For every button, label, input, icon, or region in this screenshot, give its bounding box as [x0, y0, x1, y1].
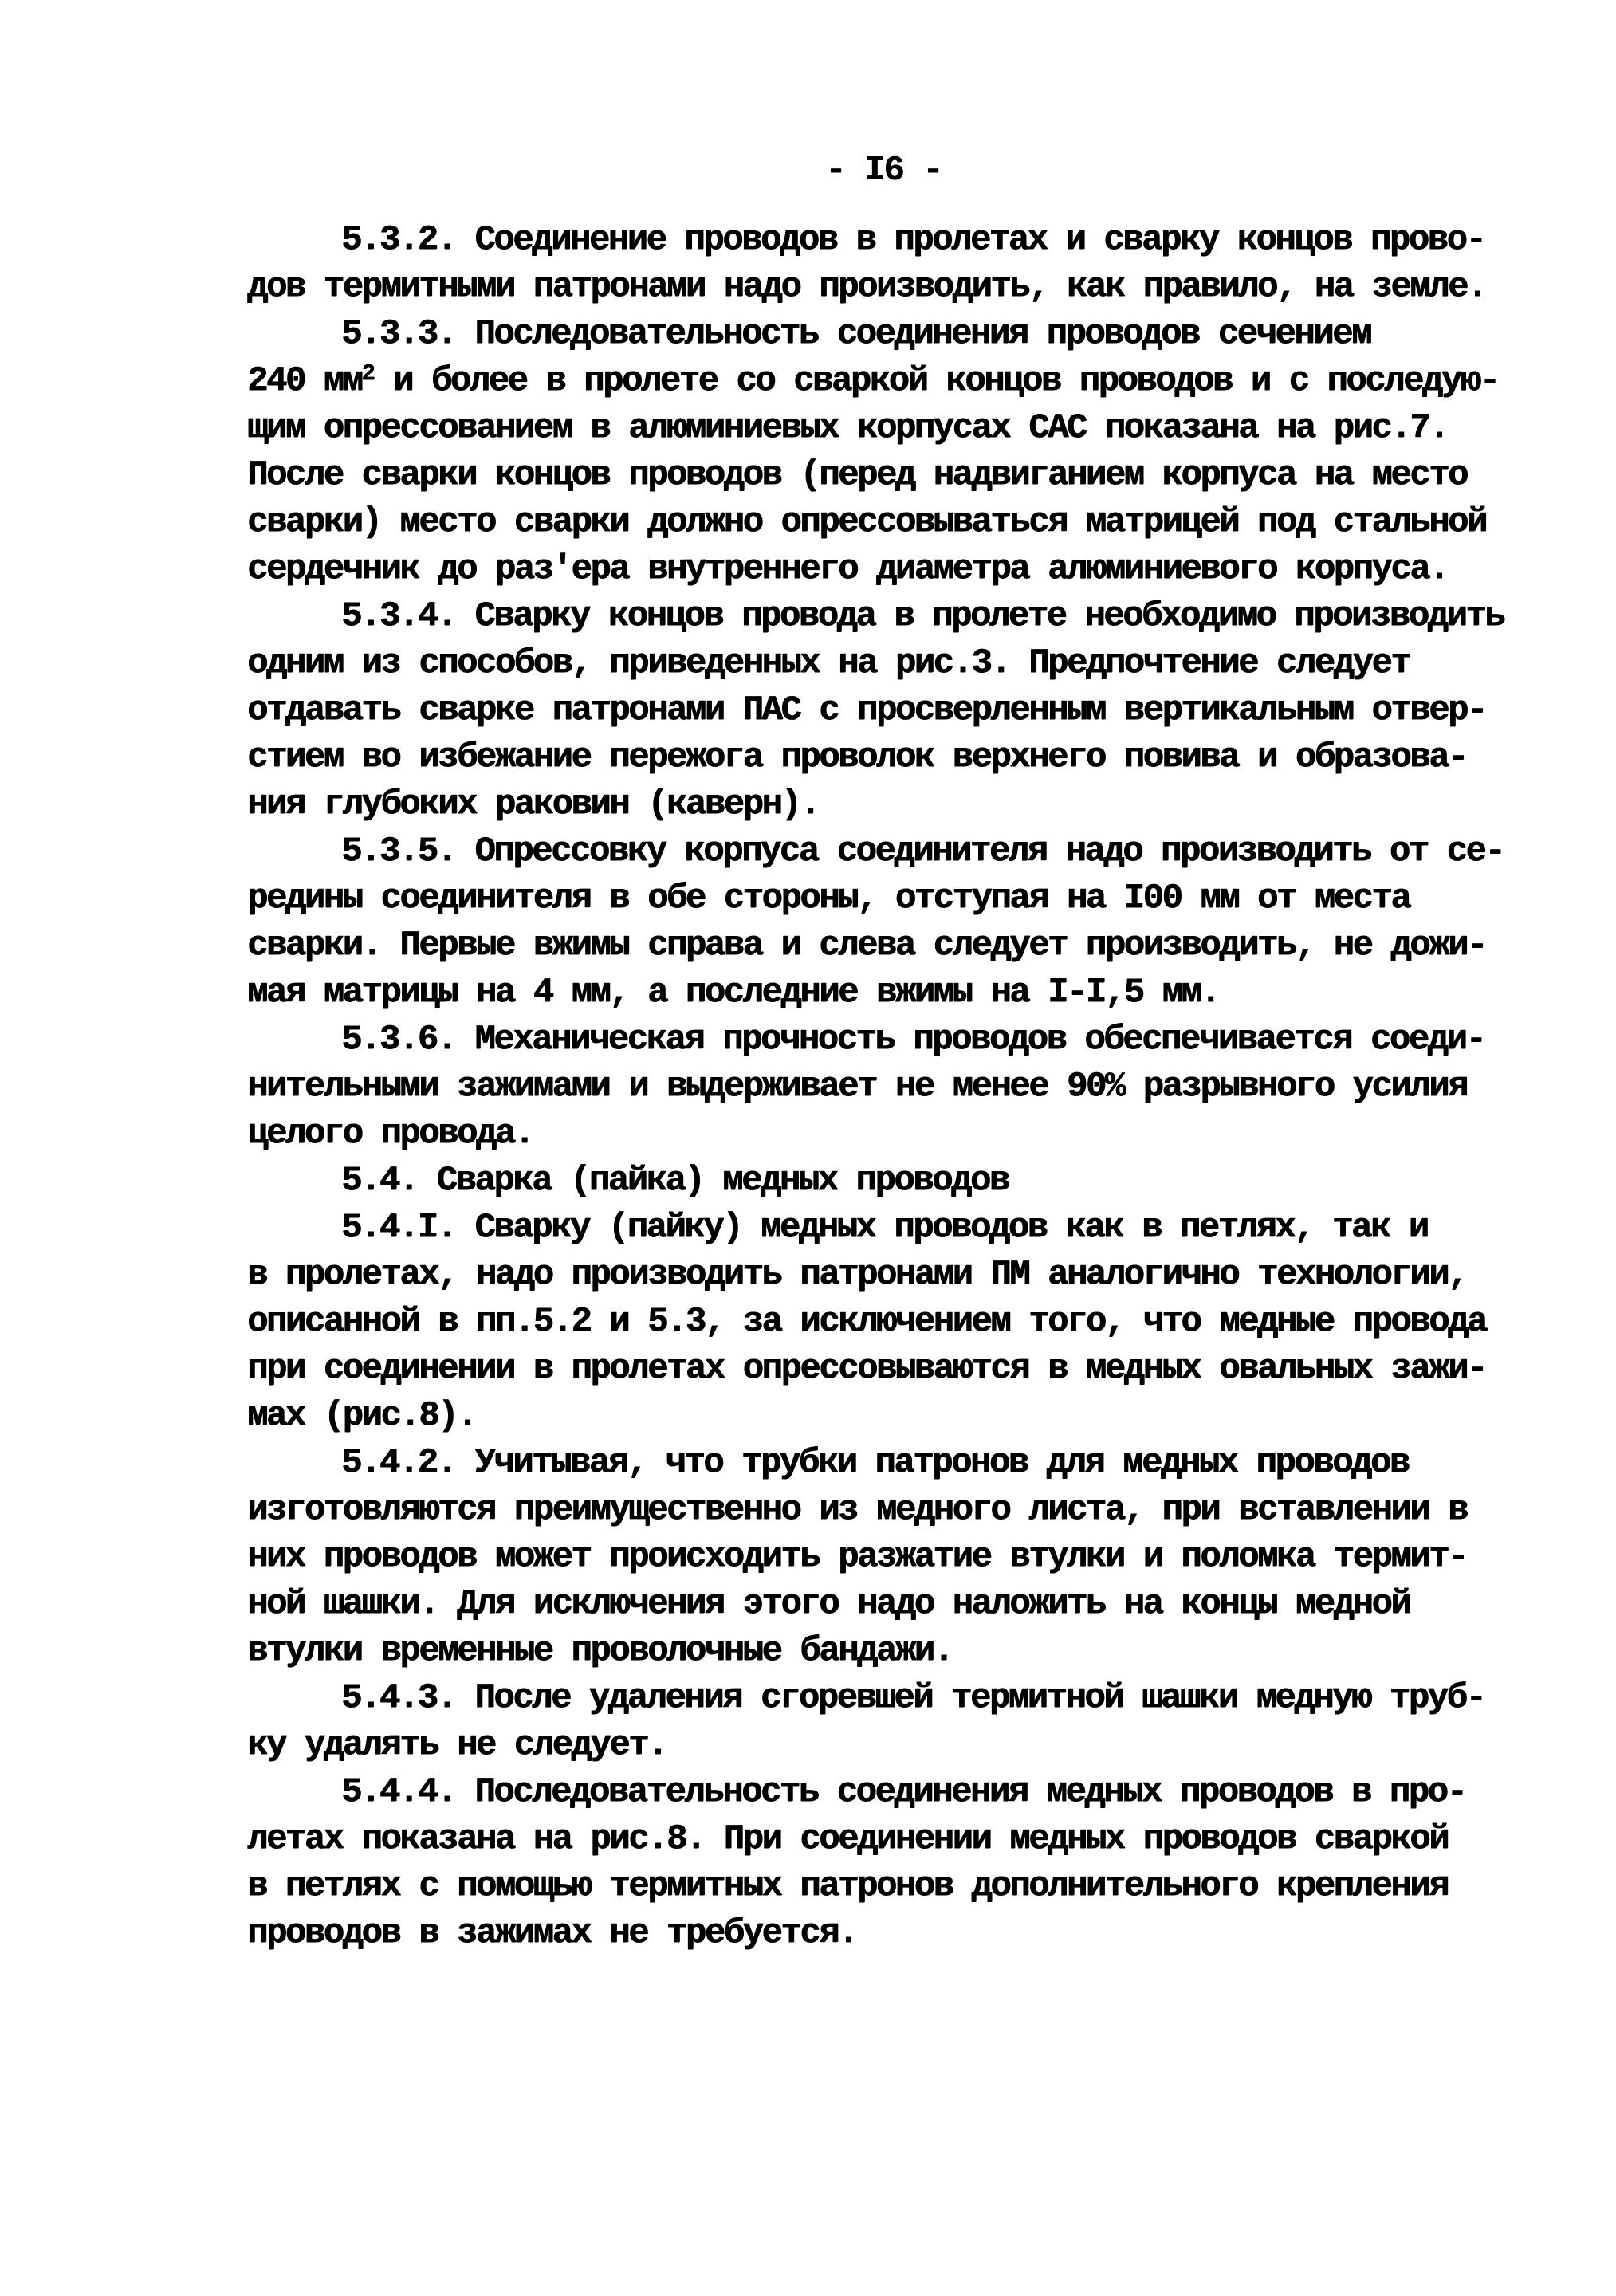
page-number: - I6 -	[825, 153, 942, 188]
text-line: отдавать сварке патронами ПАС с просверл…	[247, 687, 1539, 734]
text-line: 5.4.2. Учитывая, что трубки патронов для…	[247, 1440, 1539, 1487]
text-line: сварки) место сварки должно опрессовыват…	[247, 499, 1539, 546]
text-line: втулки временные проволочные бандажи.	[247, 1628, 1539, 1675]
text-line: мах (рис.8).	[247, 1393, 1539, 1440]
text-line: 5.3.5. Опрессовку корпуса соединителя на…	[247, 828, 1539, 875]
text-line: ной шашки. Для исключения этого надо нал…	[247, 1581, 1539, 1628]
text-line: в пролетах, надо производить патронами П…	[247, 1252, 1539, 1299]
text-line: 5.3.2. Соединение проводов в пролетах и …	[247, 217, 1539, 264]
superscript-2: 2	[361, 360, 374, 387]
text-line: одним из способов, приведенных на рис.3.…	[247, 640, 1539, 687]
text-line: После сварки концов проводов (перед надв…	[247, 452, 1539, 499]
section-heading-line: 5.4. Сварка (пайка) медных проводов	[247, 1158, 1539, 1205]
text-line: них проводов может происходить разжатие …	[247, 1534, 1539, 1581]
text-line: 5.4.I. Сварку (пайку) медных проводов ка…	[247, 1205, 1539, 1252]
text-line: 5.4.3. После удаления сгоревшей термитно…	[247, 1675, 1539, 1722]
text-line: проводов в зажимах не требуется.	[247, 1910, 1539, 1957]
text-line: при соединении в пролетах опрессовываютс…	[247, 1346, 1539, 1393]
text-line: сварки. Первые вжимы справа и слева след…	[247, 922, 1539, 969]
document-page: - I6 - 5.3.2. Соединение проводов в прол…	[0, 0, 1616, 2296]
text-line: в петлях с помощью термитных патронов до…	[247, 1863, 1539, 1910]
text-line: описанной в пп.5.2 и 5.3, за исключением…	[247, 1299, 1539, 1346]
text-line: ния глубоких раковин (каверн).	[247, 781, 1539, 828]
text-line: целого провода.	[247, 1111, 1539, 1158]
text-line: 5.3.4. Сварку концов провода в пролете н…	[247, 593, 1539, 640]
text-line: изготовляются преимущественно из медного…	[247, 1487, 1539, 1534]
text-line: дов термитными патронами надо производит…	[247, 264, 1539, 311]
text-line: щим опрессованием в алюминиевых корпусах…	[247, 405, 1539, 452]
text-line: ку удалять не следует.	[247, 1722, 1539, 1769]
text-line: сердечник до раз'ера внутреннего диаметр…	[247, 546, 1539, 593]
text-line-with-superscript: 240 мм2 и более в пролете со сваркой кон…	[247, 358, 1539, 405]
text-block: 5.3.2. Соединение проводов в пролетах и …	[247, 217, 1539, 1957]
text-line: 5.3.6. Механическая прочность проводов о…	[247, 1016, 1539, 1063]
text-line: редины соединителя в обе стороны, отступ…	[247, 875, 1539, 922]
text-line: стием во избежание пережога проволок вер…	[247, 734, 1539, 781]
text-line: нительными зажимами и выдерживает не мен…	[247, 1063, 1539, 1111]
text-line: мая матрицы на 4 мм, а последние вжимы н…	[247, 969, 1539, 1016]
text-line: летах показана на рис.8. При соединении …	[247, 1816, 1539, 1863]
text-line: 5.3.3. Последовательность соединения про…	[247, 311, 1539, 358]
text-segment: и более в пролете со сваркой концов пров…	[374, 361, 1498, 401]
text-segment: 240 мм	[247, 361, 361, 401]
text-line: 5.4.4. Последовательность соединения мед…	[247, 1769, 1539, 1816]
